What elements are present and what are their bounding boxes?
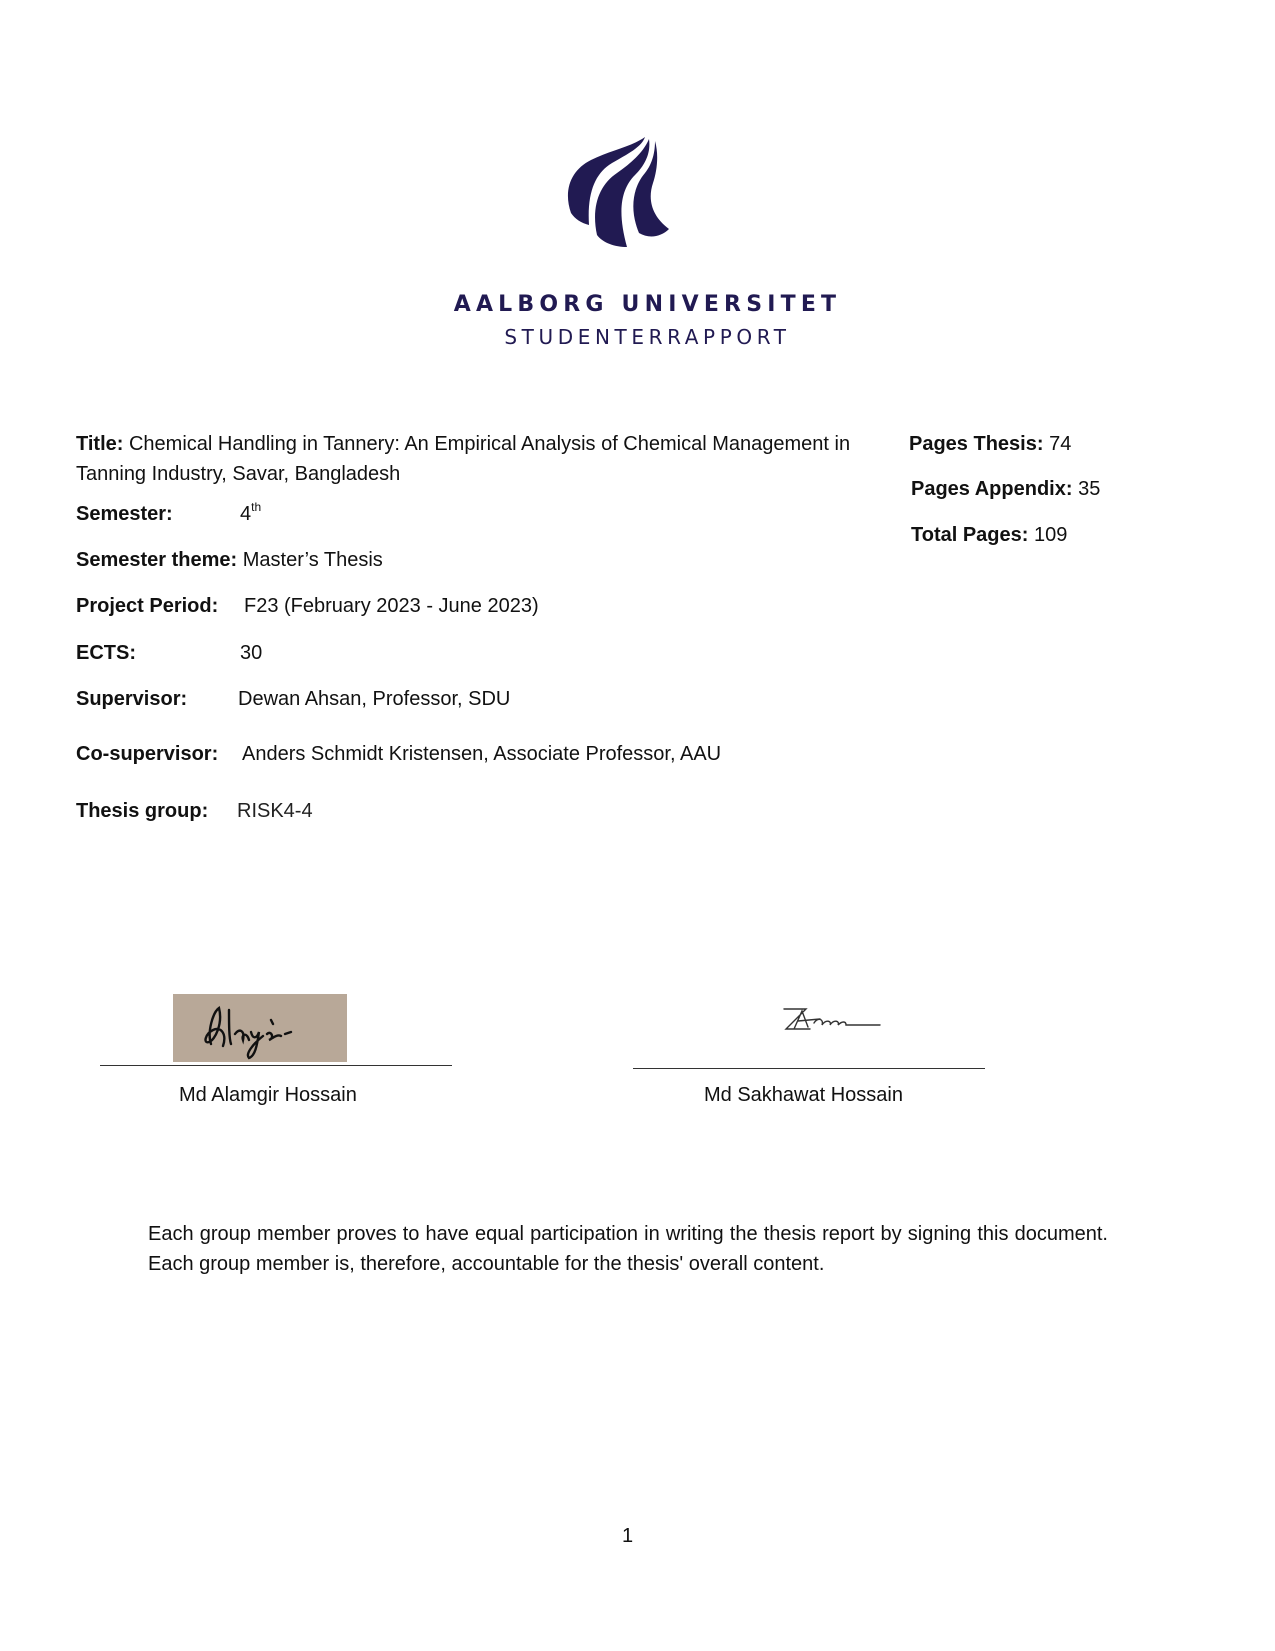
ects-label: ECTS: — [76, 642, 136, 664]
pages-appendix-field: Pages Appendix: 35 — [911, 474, 1100, 504]
signature-line-1 — [100, 1065, 452, 1066]
handwritten-signature-icon — [780, 1003, 890, 1037]
page-number: 1 — [0, 1525, 1255, 1548]
thesis-group-value: RISK4-4 — [237, 796, 313, 826]
semester-ordinal: th — [251, 500, 261, 514]
ects-value: 30 — [240, 638, 262, 668]
co-supervisor-label: Co-supervisor: — [76, 743, 218, 765]
signer-name-2: Md Sakhawat Hossain — [704, 1082, 903, 1108]
supervisor-field: Supervisor: Dewan Ahsan, Professor, SDU — [76, 684, 187, 714]
title-value: Chemical Handling in Tannery: An Empiric… — [76, 433, 850, 485]
co-supervisor-value: Anders Schmidt Kristensen, Associate Pro… — [242, 739, 721, 769]
brand-name: AALBORG UNIVERSITET — [0, 292, 1275, 317]
co-supervisor-field: Co-supervisor: Anders Schmidt Kristensen… — [76, 739, 218, 769]
semester-theme-label: Semester theme: — [76, 549, 237, 571]
total-pages-label: Total Pages: — [911, 524, 1028, 546]
ects-field: ECTS: 30 — [76, 638, 136, 668]
thesis-group-label: Thesis group: — [76, 800, 208, 822]
brand-subtitle: STUDENTERRAPPORT — [0, 325, 1275, 349]
handwritten-signature-icon — [173, 994, 347, 1062]
signer-name-1: Md Alamgir Hossain — [179, 1082, 357, 1108]
semester-label: Semester: — [76, 503, 173, 525]
semester-field: Semester: 4th — [76, 499, 173, 529]
title-field: Title: Chemical Handling in Tannery: An … — [76, 429, 896, 489]
semester-theme-field: Semester theme: Master’s Thesis — [76, 545, 383, 575]
title-label: Title: — [76, 433, 123, 455]
equal-participation-statement: Each group member proves to have equal p… — [148, 1219, 1108, 1279]
semester-theme-value: Master’s Thesis — [243, 549, 383, 571]
supervisor-label: Supervisor: — [76, 688, 187, 710]
aau-logo-icon — [561, 135, 676, 253]
signature-image-1 — [173, 994, 347, 1062]
signature-image-2 — [780, 1003, 890, 1037]
project-period-value: F23 (February 2023 - June 2023) — [244, 591, 539, 621]
supervisor-value: Dewan Ahsan, Professor, SDU — [238, 684, 510, 714]
pages-thesis-field: Pages Thesis: 74 — [909, 429, 1071, 459]
pages-thesis-label: Pages Thesis: — [909, 433, 1044, 455]
total-pages-field: Total Pages: 109 — [911, 520, 1067, 550]
pages-appendix-value: 35 — [1078, 478, 1100, 500]
semester-number: 4 — [240, 503, 251, 525]
project-period-field: Project Period: F23 (February 2023 - Jun… — [76, 591, 218, 621]
pages-appendix-label: Pages Appendix: — [911, 478, 1073, 500]
total-pages-value: 109 — [1034, 524, 1067, 546]
pages-thesis-value: 74 — [1049, 433, 1071, 455]
semester-value: 4th — [240, 499, 261, 529]
signature-line-2 — [633, 1068, 985, 1069]
thesis-group-field: Thesis group: RISK4-4 — [76, 796, 208, 826]
project-period-label: Project Period: — [76, 595, 218, 617]
